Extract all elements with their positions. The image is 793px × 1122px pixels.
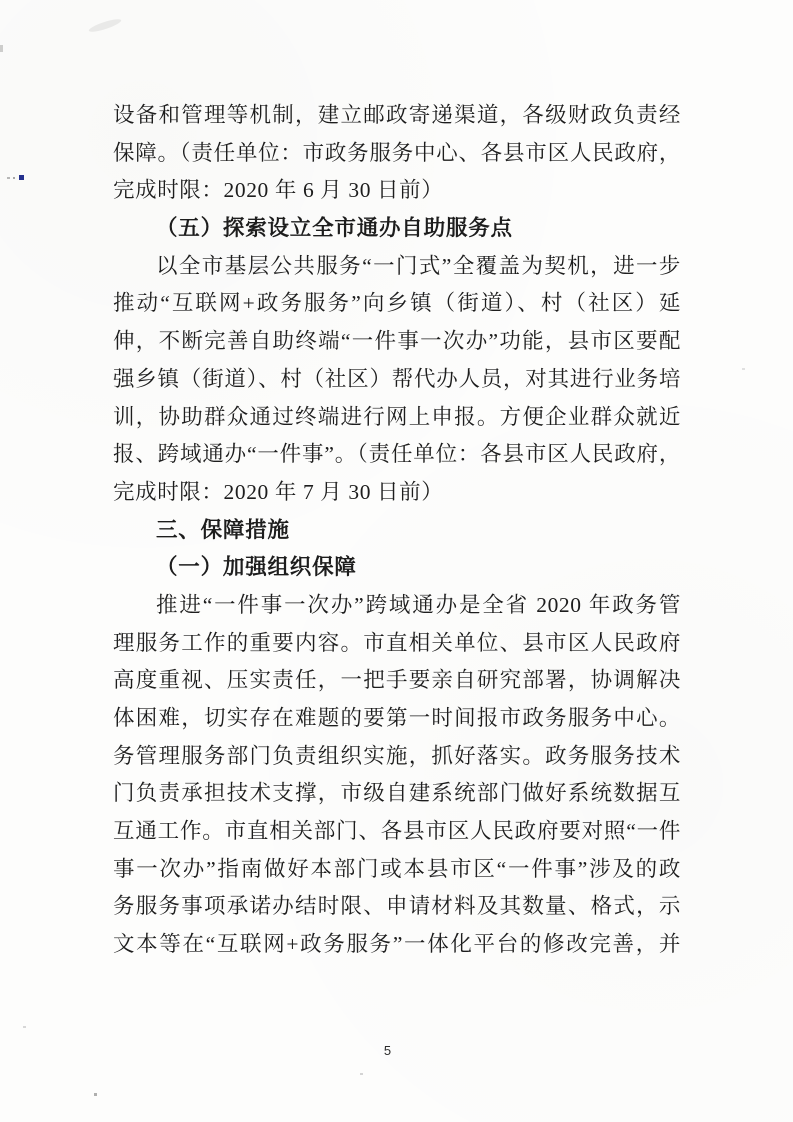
body-line: 报、跨域通办“一件事”。（责任单位：各县市区人民政府， bbox=[113, 436, 681, 474]
scanned-document-page: 设备和管理等机制，建立邮政寄递渠道，各级财政负责经费保障。（责任单位：市政务服务… bbox=[0, 0, 793, 1122]
section-heading-5: （五）探索设立全市通办自助服务点 bbox=[113, 210, 681, 248]
scan-speck bbox=[360, 1073, 363, 1075]
body-line: 保障。（责任单位：市政务服务中心、各县市区人民政府， bbox=[113, 135, 681, 173]
scan-edge-mark bbox=[0, 45, 3, 52]
page-number: 5 bbox=[0, 1043, 793, 1058]
body-line: 务服务事项承诺办结时限、申请材料及其数量、格式，示范 bbox=[113, 888, 681, 926]
body-line: 完成时限：2020 年 7 月 30 日前） bbox=[113, 474, 681, 512]
scan-speck bbox=[94, 1093, 97, 1096]
body-line: 事一次办”指南做好本部门或本县市区“一件事”涉及的政 bbox=[113, 851, 681, 889]
section-heading-3: 三、保障措施 bbox=[113, 512, 681, 550]
body-line: 理服务工作的重要内容。市直相关单位、县市区人民政府要 bbox=[113, 625, 681, 663]
body-line: 训，协助群众通过终端进行网上申报。方便企业群众就近申 bbox=[113, 399, 681, 437]
body-line: 文本等在“互联网+政务服务”一体化平台的修改完善，并 bbox=[113, 926, 681, 964]
scan-speck bbox=[7, 177, 10, 179]
body-line: 互通工作。市直相关部门、各县市区人民政府要对照“一件 bbox=[113, 813, 681, 851]
body-line: 门负责承担技术支撑，市级自建系统部门做好系统数据互联 bbox=[113, 775, 681, 813]
scan-speck bbox=[13, 177, 15, 179]
scan-speck bbox=[23, 1026, 26, 1028]
body-line: 体困难，切实存在难题的要第一时间报市政务服务中心。政 bbox=[113, 700, 681, 738]
body-line: 伸，不断完善自助终端“一件事一次办”功能，县市区要配 bbox=[113, 323, 681, 361]
body-line: 高度重视、压实责任，一把手要亲自研究部署，协调解决具 bbox=[113, 662, 681, 700]
body-line: 推进“一件事一次办”跨域通办是全省 2020 年政务管 bbox=[113, 587, 681, 625]
scan-speck bbox=[742, 368, 745, 370]
scan-ink-dot bbox=[19, 175, 24, 180]
body-line: 以全市基层公共服务“一门式”全覆盖为契机，进一步 bbox=[113, 248, 681, 286]
document-text-block: 设备和管理等机制，建立邮政寄递渠道，各级财政负责经费保障。（责任单位：市政务服务… bbox=[113, 97, 681, 964]
body-line: 强乡镇（街道）、村（社区）帮代办人员，对其进行业务培 bbox=[113, 361, 681, 399]
body-line: 推动“互联网+政务服务”向乡镇（街道）、村（社区）延 bbox=[113, 285, 681, 323]
body-line: 完成时限：2020 年 6 月 30 日前） bbox=[113, 172, 681, 210]
subsection-heading-1: （一）加强组织保障 bbox=[113, 549, 681, 587]
body-line: 设备和管理等机制，建立邮政寄递渠道，各级财政负责经费 bbox=[113, 97, 681, 135]
scan-smudge bbox=[88, 17, 122, 34]
body-line: 务管理服务部门负责组织实施，抓好落实。政务服务技术部 bbox=[113, 738, 681, 776]
